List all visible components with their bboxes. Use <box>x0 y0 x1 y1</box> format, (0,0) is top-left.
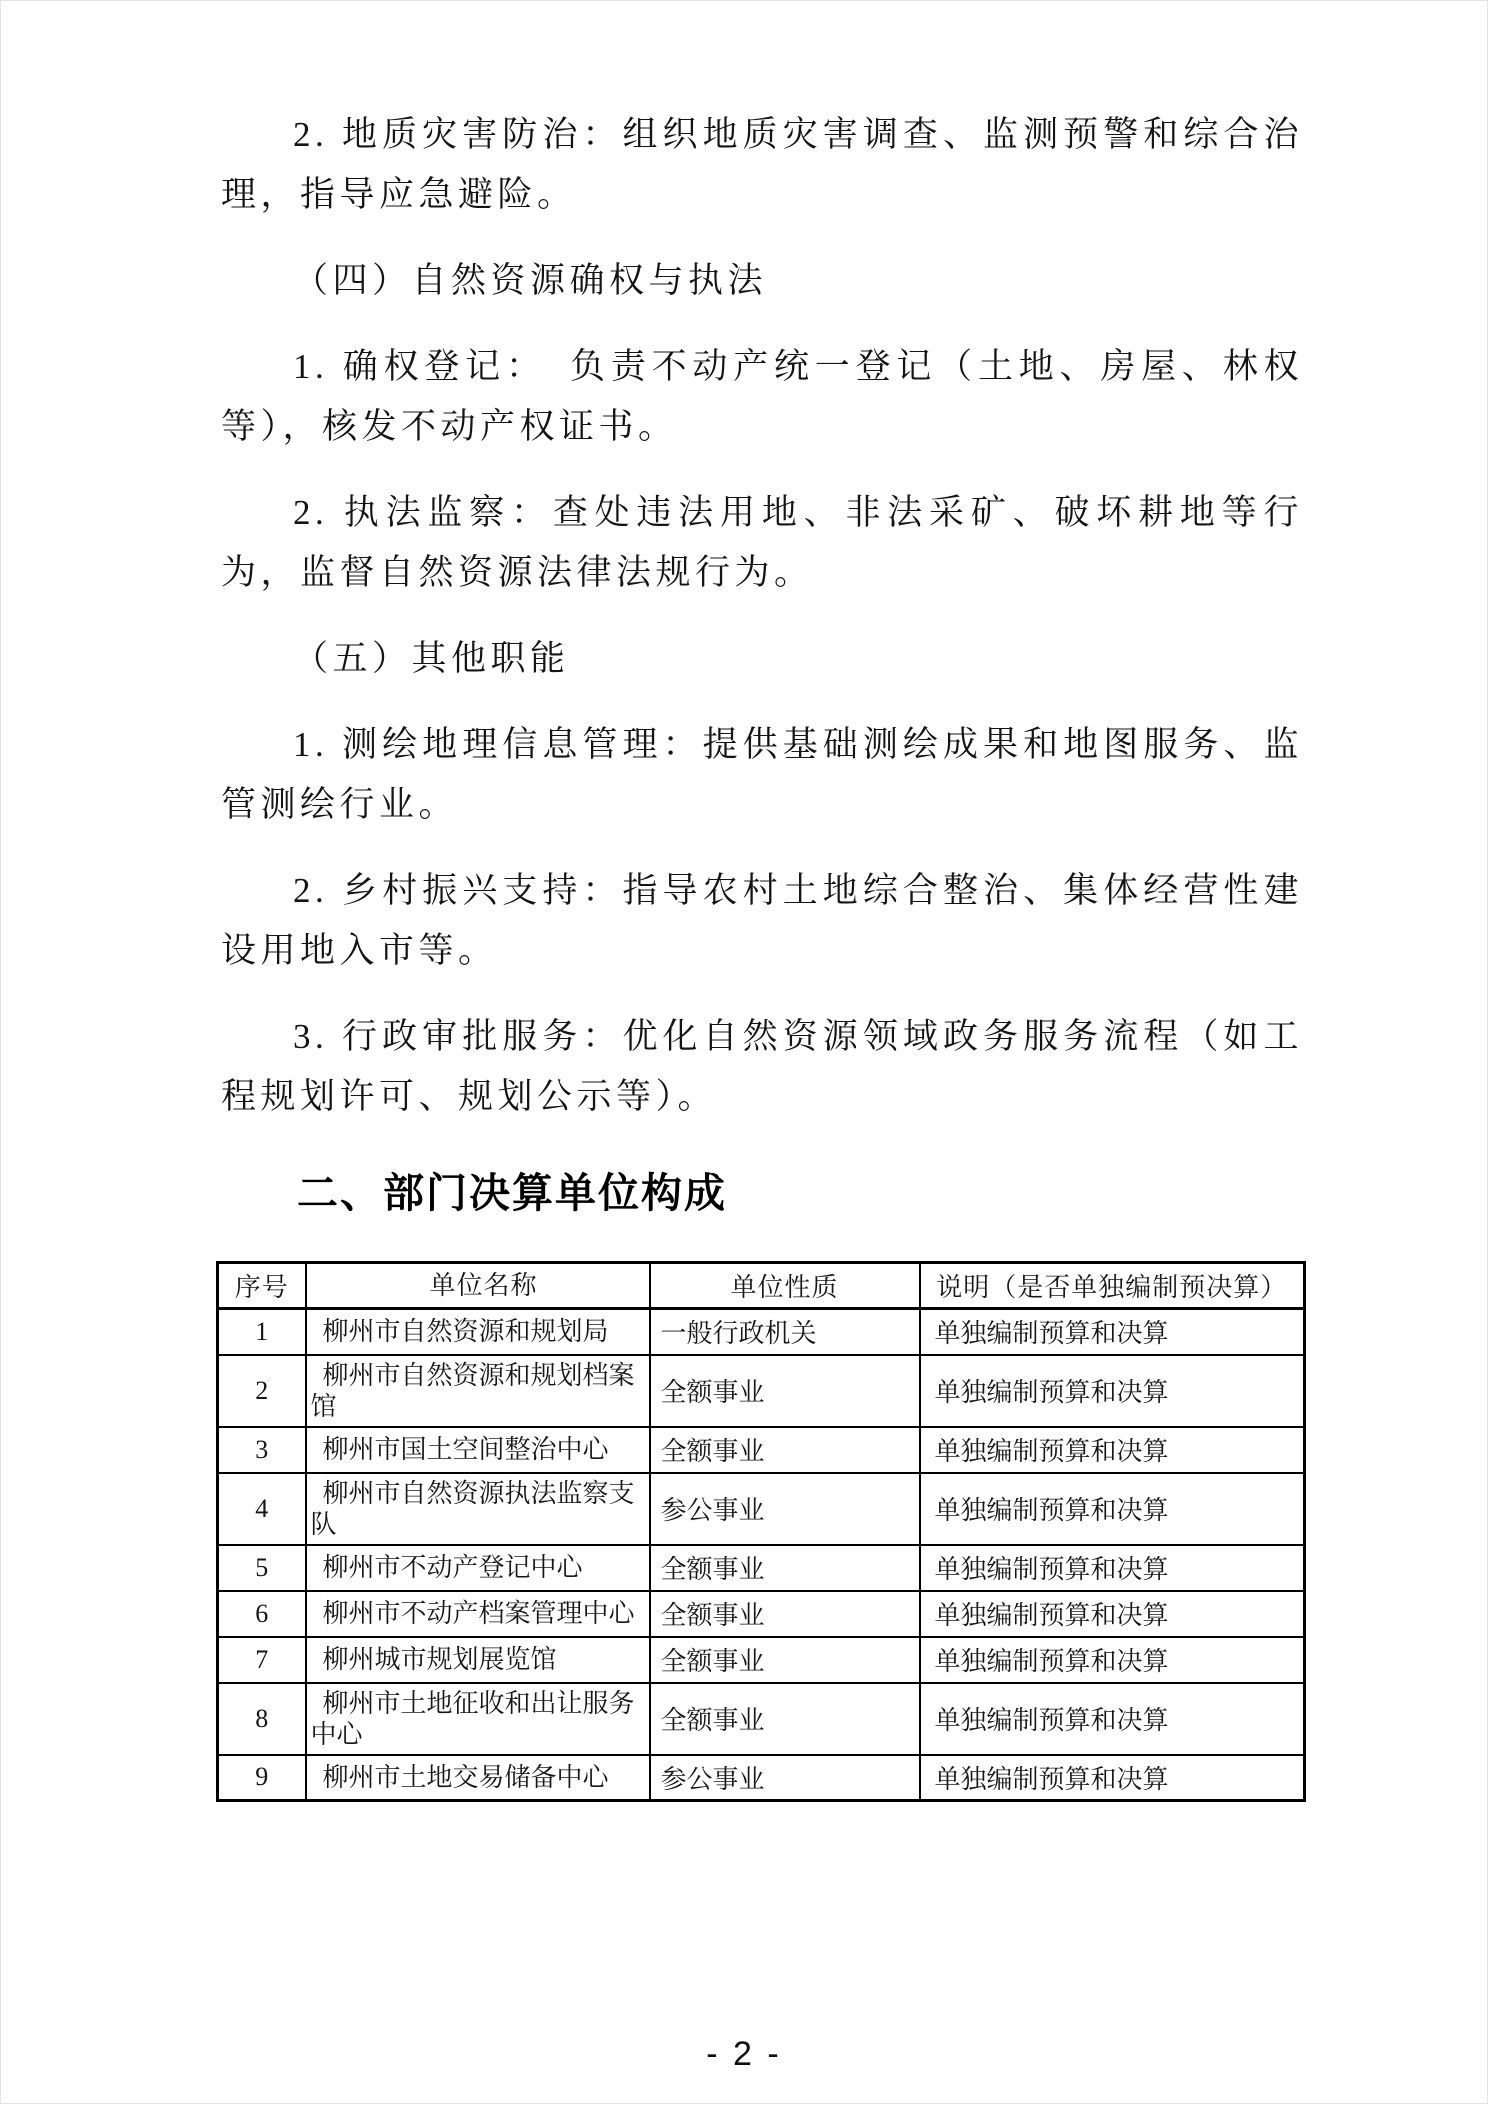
cell-seq: 4 <box>218 1473 306 1545</box>
cell-unit-name: 柳州市土地交易储备中心 <box>306 1755 650 1801</box>
cell-unit-type: 参公事业 <box>650 1473 920 1545</box>
page-number: - 2 - <box>1 2035 1487 2074</box>
cell-unit-name: 柳州市不动产档案管理中心 <box>306 1591 650 1637</box>
cell-unit-name: 柳州城市规划展览馆 <box>306 1637 650 1683</box>
sub-section-heading: （五）其他职能 <box>221 629 1303 689</box>
cell-unit-name: 柳州市不动产登记中心 <box>306 1545 650 1591</box>
cell-note: 单独编制预算和决算 <box>920 1591 1305 1637</box>
body-paragraph: 1. 测绘地理信息管理：提供基础测绘成果和地图服务、监管测绘行业。 <box>221 715 1303 835</box>
cell-unit-type: 全额事业 <box>650 1427 920 1473</box>
cell-note: 单独编制预算和决算 <box>920 1427 1305 1473</box>
cell-seq: 7 <box>218 1637 306 1683</box>
cell-seq: 5 <box>218 1545 306 1591</box>
cell-seq: 1 <box>218 1309 306 1355</box>
sub-section-heading: （四）自然资源确权与执法 <box>221 251 1303 311</box>
cell-note: 单独编制预算和决算 <box>920 1683 1305 1755</box>
table-row: 3 柳州市国土空间整治中心 全额事业 单独编制预算和决算 <box>218 1427 1305 1473</box>
table-row: 6 柳州市不动产档案管理中心 全额事业 单独编制预算和决算 <box>218 1591 1305 1637</box>
cell-note: 单独编制预算和决算 <box>920 1545 1305 1591</box>
cell-unit-name: 柳州市自然资源和规划档案馆 <box>306 1355 650 1427</box>
cell-unit-type: 全额事业 <box>650 1545 920 1591</box>
table-row: 8 柳州市土地征收和出让服务中心 全额事业 单独编制预算和决算 <box>218 1683 1305 1755</box>
cell-unit-name: 柳州市国土空间整治中心 <box>306 1427 650 1473</box>
cell-unit-type: 全额事业 <box>650 1591 920 1637</box>
cell-unit-type: 全额事业 <box>650 1355 920 1427</box>
cell-unit-name: 柳州市土地征收和出让服务中心 <box>306 1683 650 1755</box>
cell-seq: 8 <box>218 1683 306 1755</box>
cell-note: 单独编制预算和决算 <box>920 1309 1305 1355</box>
cell-unit-type: 一般行政机关 <box>650 1309 920 1355</box>
cell-unit-type: 全额事业 <box>650 1637 920 1683</box>
body-paragraph: 2. 执法监察：查处违法用地、非法采矿、破坏耕地等行为，监督自然资源法律法规行为… <box>221 483 1303 603</box>
cell-note: 单独编制预算和决算 <box>920 1473 1305 1545</box>
cell-unit-type: 全额事业 <box>650 1683 920 1755</box>
cell-unit-name: 柳州市自然资源执法监察支队 <box>306 1473 650 1545</box>
cell-note: 单独编制预算和决算 <box>920 1755 1305 1801</box>
units-table: 序号 单位名称 单位性质 说明（是否单独编制预决算） 1 柳州市自然资源和规划局… <box>216 1261 1306 1802</box>
body-paragraph: 2. 乡村振兴支持：指导农村土地综合整治、集体经营性建设用地入市等。 <box>221 861 1303 981</box>
table-row: 7 柳州城市规划展览馆 全额事业 单独编制预算和决算 <box>218 1637 1305 1683</box>
col-header-seq: 序号 <box>218 1263 306 1309</box>
section-heading: 二、部门决算单位构成 <box>297 1169 1303 1217</box>
cell-seq: 9 <box>218 1755 306 1801</box>
document-body: 2. 地质灾害防治：组织地质灾害调查、监测预警和综合治理，指导应急避险。 （四）… <box>221 105 1303 1802</box>
table-row: 4 柳州市自然资源执法监察支队 参公事业 单独编制预算和决算 <box>218 1473 1305 1545</box>
col-header-unit-name: 单位名称 <box>306 1263 650 1309</box>
body-paragraph: 2. 地质灾害防治：组织地质灾害调查、监测预警和综合治理，指导应急避险。 <box>221 105 1303 225</box>
col-header-unit-type: 单位性质 <box>650 1263 920 1309</box>
table-row: 5 柳州市不动产登记中心 全额事业 单独编制预算和决算 <box>218 1545 1305 1591</box>
document-page: 2. 地质灾害防治：组织地质灾害调查、监测预警和综合治理，指导应急避险。 （四）… <box>0 0 1488 2104</box>
table-row: 2 柳州市自然资源和规划档案馆 全额事业 单独编制预算和决算 <box>218 1355 1305 1427</box>
body-paragraph: 3. 行政审批服务：优化自然资源领域政务服务流程（如工程规划许可、规划公示等）。 <box>221 1007 1303 1127</box>
cell-seq: 3 <box>218 1427 306 1473</box>
table-row: 9 柳州市土地交易储备中心 参公事业 单独编制预算和决算 <box>218 1755 1305 1801</box>
cell-note: 单独编制预算和决算 <box>920 1355 1305 1427</box>
cell-unit-type: 参公事业 <box>650 1755 920 1801</box>
col-header-note: 说明（是否单独编制预决算） <box>920 1263 1305 1309</box>
table-header-row: 序号 单位名称 单位性质 说明（是否单独编制预决算） <box>218 1263 1305 1309</box>
table-row: 1 柳州市自然资源和规划局 一般行政机关 单独编制预算和决算 <box>218 1309 1305 1355</box>
cell-unit-name: 柳州市自然资源和规划局 <box>306 1309 650 1355</box>
cell-seq: 2 <box>218 1355 306 1427</box>
body-paragraph: 1. 确权登记： 负责不动产统一登记（土地、房屋、林权等），核发不动产权证书。 <box>221 337 1303 457</box>
cell-seq: 6 <box>218 1591 306 1637</box>
cell-note: 单独编制预算和决算 <box>920 1637 1305 1683</box>
